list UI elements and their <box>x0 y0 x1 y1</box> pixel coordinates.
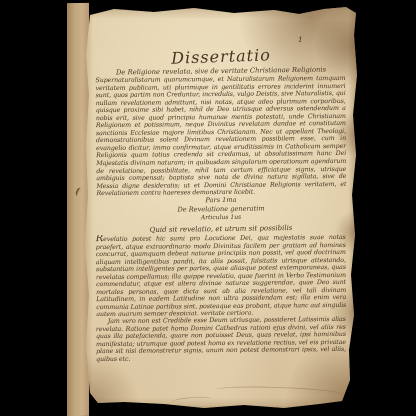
page-crease <box>214 385 344 401</box>
manuscript-photo: 1 Dissertatio De Religione revelata, siv… <box>0 0 416 416</box>
book-underpages-edge <box>67 3 89 416</box>
paragraph-2: Revelatio potest hic sumi pro Locutione … <box>96 233 347 316</box>
paragraph-3: Jam vero non est Credibile esse Deum utr… <box>96 316 346 367</box>
page-crease-small <box>172 396 212 406</box>
manuscript-page: 1 Dissertatio De Religione revelata, siv… <box>84 5 358 410</box>
page-number: 1 <box>298 35 303 44</box>
paragraph-1: Supernaturalistarum quorumcumque, et Nat… <box>95 75 346 196</box>
